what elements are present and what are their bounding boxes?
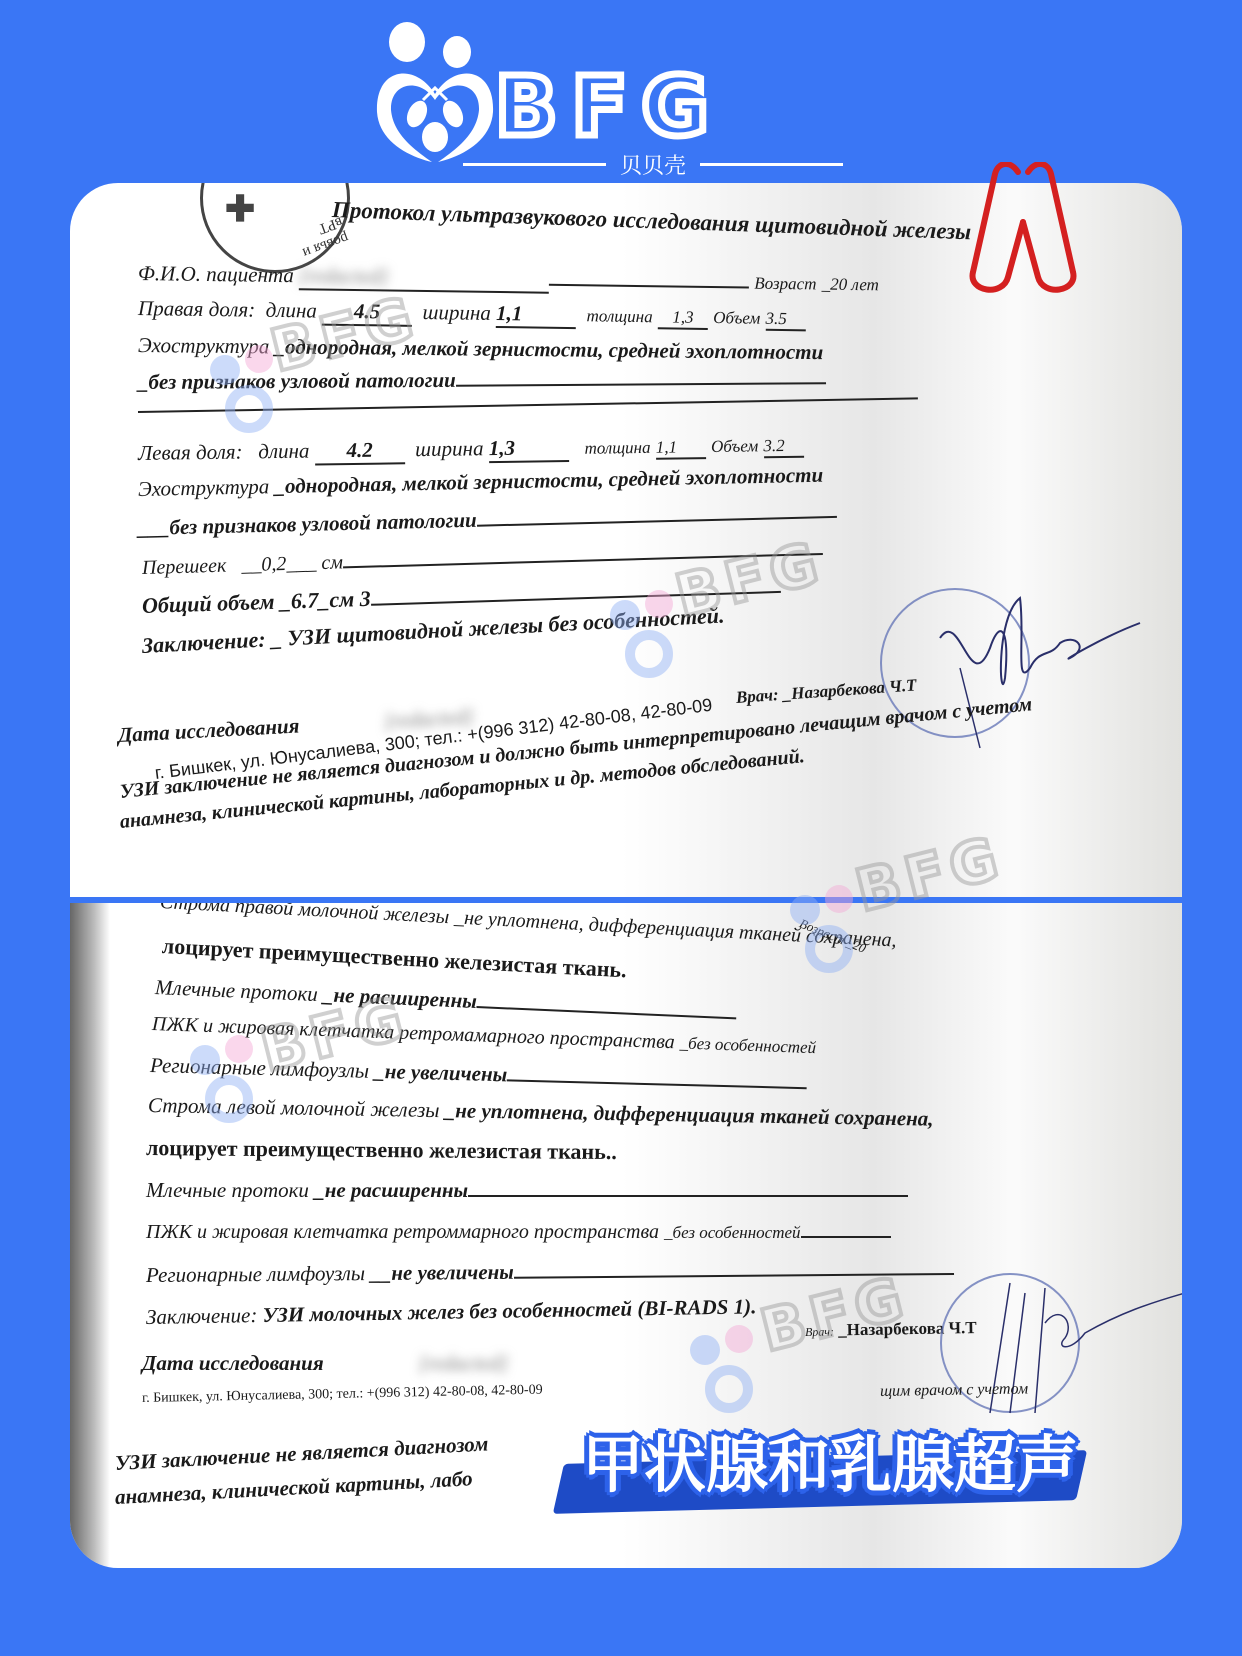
brand-subtitle-row: 贝贝壳	[463, 149, 843, 180]
isthmus-value: __0,2___ см	[241, 551, 343, 576]
left-fat-value: _без особенностей	[664, 1223, 800, 1242]
length-label: длина	[266, 298, 318, 323]
left-echo-value: _однородная, мелкой зернистости, средней…	[274, 463, 823, 498]
total-volume: Общий объем _6.7_см 3	[142, 586, 371, 618]
left-width-value: 1,3	[489, 435, 569, 463]
doctor-label: Врач:	[735, 685, 779, 707]
width-label: ширина	[415, 436, 484, 461]
patient-name: [redacted]	[299, 263, 388, 289]
left-stroma-cont-text: лоцирует преимущественно железистая ткан…	[146, 1135, 617, 1164]
left-lobe-label: Левая доля:	[138, 440, 243, 465]
caption-banner: 甲状腺和乳腺超声	[560, 1415, 1080, 1515]
right-thickness-value: 1,3	[658, 307, 708, 330]
isthmus-row: Перешеек __0,2___ см	[142, 538, 823, 580]
echo-label: Эхоструктура	[138, 333, 270, 358]
thickness-label: толщина	[584, 438, 650, 458]
left-echo-row: Эхоструктура _однородная, мелкой зернист…	[138, 463, 824, 502]
page-fold-shadow	[70, 903, 110, 1568]
width-label: ширина	[422, 300, 491, 325]
left-ducts-row: Млечные протоки _не расширенны	[146, 1178, 908, 1203]
date-value: [redacted]	[419, 1351, 508, 1376]
right-stroma-cont: лоцирует преимущественно железистая ткан…	[161, 933, 627, 983]
paper-clip-icon	[968, 162, 1078, 302]
date-label: Дата исследования	[117, 714, 300, 747]
patient-label: Ф.И.О. пациента	[138, 261, 294, 287]
doctor-label: Врач:	[805, 1324, 834, 1339]
conclusion-label: Заключение: _	[141, 626, 282, 658]
left-ducts-value: _не расширенны	[314, 1178, 468, 1202]
right-stroma-cont-text: лоцирует преимущественно железистая ткан…	[161, 933, 627, 982]
right-echo-row: Эхоструктура _однородная, мелкой зернист…	[138, 333, 824, 365]
ducts-label: Млечные протоки	[154, 975, 318, 1006]
address-text: г. Бишкек, ул. Юнусалиева, 300; тел.: +(…	[142, 1383, 543, 1406]
left-nodes-row: ___без признаков узловой патологии	[138, 499, 837, 541]
ducts-label: Млечные протоки	[146, 1178, 309, 1202]
protocol-title: Протокол ультразвукового исследования щи…	[332, 197, 972, 245]
volume-label: Объем	[711, 436, 758, 456]
left-lobe-row: Левая доля: длина 4.2 ширина 1,3 толщина…	[138, 432, 804, 468]
right-lobe-label: Правая доля:	[138, 296, 255, 322]
length-label: длина	[258, 439, 310, 464]
left-stroma-cont: лоцирует преимущественно железистая ткан…	[146, 1135, 617, 1165]
left-fat-row: ПЖК и жировая клетчатка ретроммарного пр…	[146, 1221, 891, 1244]
age-value: _20 лет	[822, 275, 879, 295]
address-tail: щим врачом с учетом	[880, 1380, 1028, 1401]
nodes-label: Регионарные лимфоузлы	[150, 1053, 370, 1083]
patient-row: Ф.И.О. пациента [redacted] Возраст _20 л…	[138, 261, 879, 298]
breast-clinic-address: г. Бишкек, ул. Юнусалиева, 300; тел.: +(…	[142, 1383, 543, 1407]
right-nodes-row: _без признаков узловой патологии	[138, 365, 826, 395]
left-stroma-label: Строма левой молочной железы	[148, 1093, 440, 1122]
age-label: Возраст	[754, 274, 816, 294]
divider	[700, 163, 843, 166]
brand-subtitle: 贝贝壳	[620, 149, 686, 180]
clinic-stamp: ✚ ровья и вРТ	[200, 183, 350, 273]
thickness-label: толщина	[586, 306, 652, 326]
right-nodes-value: _не увеличены	[374, 1059, 508, 1086]
right-echo-value: _однородная, мелкой зернистости, средней…	[274, 334, 823, 364]
cross-icon: ✚	[225, 188, 255, 230]
blank-line	[138, 397, 918, 413]
right-volume-value: 3.5	[765, 309, 805, 332]
conclusion-value: УЗИ молочных желез без особенностей (BI-…	[262, 1294, 756, 1327]
breast-date-row: Дата исследования [redacted]	[142, 1351, 508, 1376]
left-volume-value: 3.2	[763, 436, 803, 459]
echo-label: Эхоструктура	[138, 474, 270, 501]
right-lobe-row: Правая доля: длина 4.5 ширина 1,1 толщин…	[138, 296, 806, 332]
isthmus-label: Перешеек	[142, 555, 227, 579]
right-ducts-value: _не расширенны	[323, 982, 478, 1013]
brand-logo: BFG 贝贝壳	[375, 22, 845, 167]
left-nodes-value: __не увеличены	[370, 1260, 514, 1285]
fat-label: ПЖК и жировая клетчатка ретроммарного пр…	[146, 1221, 659, 1243]
left-length-value: 4.2	[315, 437, 405, 465]
date-label: Дата исследования	[142, 1351, 324, 1375]
left-thickness-value: 1,1	[656, 437, 706, 460]
left-nodes-row: Регионарные лимфоузлы __не увеличены	[146, 1256, 954, 1288]
volume-label: Объем	[713, 308, 760, 328]
right-nodes-row: Регионарные лимфоузлы _не увеличены	[150, 1053, 808, 1095]
right-width-value: 1,1	[496, 301, 576, 329]
left-stroma-value: _не уплотнена, дифференциация тканей сох…	[445, 1098, 934, 1131]
breast-conclusion-row: Заключение: УЗИ молочных желез без особе…	[146, 1294, 757, 1330]
right-fat-value: _без особенностей	[679, 1033, 816, 1057]
divider	[463, 163, 606, 166]
right-length-value: 4.5	[322, 299, 412, 327]
caption-title: 甲状腺和乳腺超声	[582, 1415, 1078, 1504]
conclusion-label: Заключение:	[146, 1303, 258, 1329]
nodes-label: Регионарные лимфоузлы	[146, 1261, 365, 1287]
doctor-signature	[900, 568, 1150, 758]
left-nodes-value: ___без признаков узловой патологии	[138, 508, 477, 540]
left-stroma-row: Строма левой молочной железы _не уплотне…	[148, 1093, 934, 1132]
family-heart-icon	[375, 22, 495, 162]
right-nodes-value: _без признаков узловой патологии	[138, 368, 456, 394]
brand-name: BFG	[495, 67, 723, 149]
